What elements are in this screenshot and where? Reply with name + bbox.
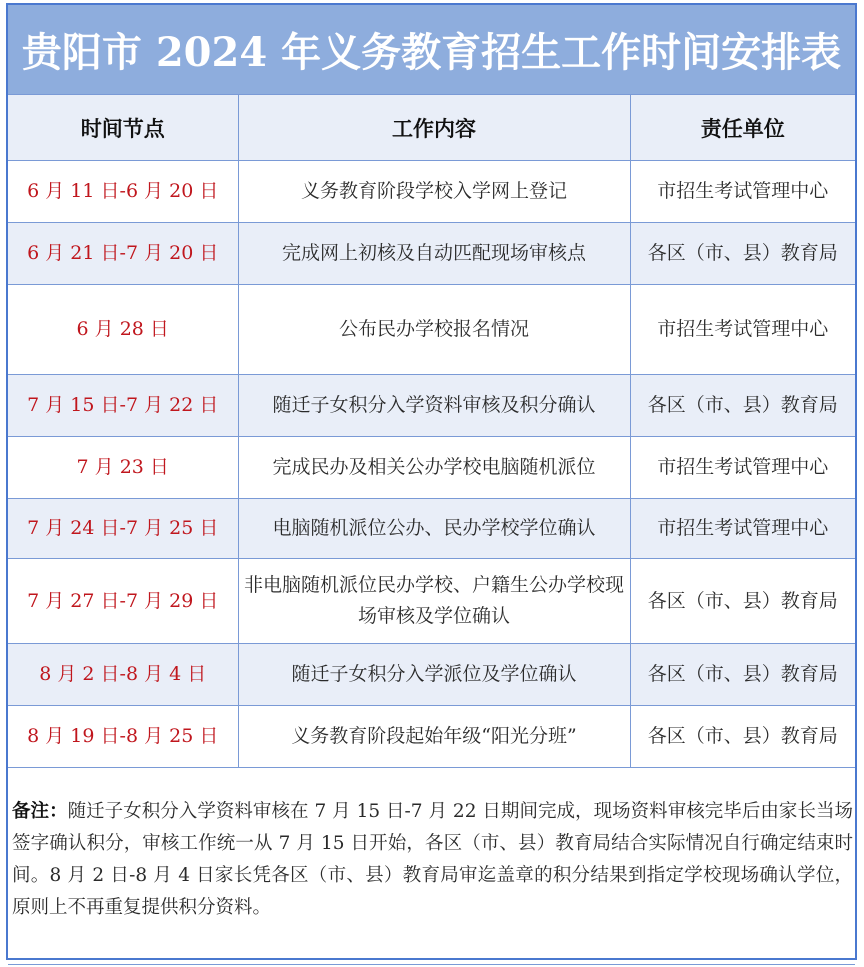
table-row: 8 月 2 日-8 月 4 日 随迁子女积分入学派位及学位确认 各区（市、县）教… bbox=[8, 644, 855, 706]
unit-cell: 各区（市、县）教育局 bbox=[630, 223, 855, 285]
content-cell: 完成民办及相关公办学校电脑随机派位 bbox=[238, 437, 630, 499]
table-row: 6 月 11 日-6 月 20 日 义务教育阶段学校入学网上登记 市招生考试管理… bbox=[8, 161, 855, 223]
unit-cell: 各区（市、县）教育局 bbox=[630, 706, 855, 768]
time-cell: 7 月 27 日-7 月 29 日 bbox=[8, 559, 238, 644]
title-banner: 贵阳市 2024 年义务教育招生工作时间安排表 bbox=[8, 5, 855, 95]
table-row: 7 月 15 日-7 月 22 日 随迁子女积分入学资料审核及积分确认 各区（市… bbox=[8, 375, 855, 437]
column-header-content: 工作内容 bbox=[238, 95, 630, 161]
time-cell: 7 月 23 日 bbox=[8, 437, 238, 499]
notes-label: 备注： bbox=[12, 801, 68, 822]
table-header-row: 时间节点 工作内容 责任单位 bbox=[8, 95, 855, 161]
unit-cell: 市招生考试管理中心 bbox=[630, 161, 855, 223]
table-row: 6 月 28 日 公布民办学校报名情况 市招生考试管理中心 bbox=[8, 285, 855, 375]
time-cell: 8 月 2 日-8 月 4 日 bbox=[8, 644, 238, 706]
content-cell: 完成网上初核及自动匹配现场审核点 bbox=[238, 223, 630, 285]
table-row: 8 月 19 日-8 月 25 日 义务教育阶段起始年级“阳光分班” 各区（市、… bbox=[8, 706, 855, 768]
schedule-table: 时间节点 工作内容 责任单位 6 月 11 日-6 月 20 日 义务教育阶段学… bbox=[8, 95, 855, 965]
content-cell: 非电脑随机派位民办学校、户籍生公办学校现场审核及学位确认 bbox=[238, 559, 630, 644]
table-row: 7 月 27 日-7 月 29 日 非电脑随机派位民办学校、户籍生公办学校现场审… bbox=[8, 559, 855, 644]
notes-row: 备注：随迁子女积分入学资料审核在 7 月 15 日-7 月 22 日期间完成，现… bbox=[8, 768, 855, 965]
notes-block: 备注：随迁子女积分入学资料审核在 7 月 15 日-7 月 22 日期间完成，现… bbox=[10, 768, 853, 924]
unit-cell: 各区（市、县）教育局 bbox=[630, 559, 855, 644]
content-cell: 随迁子女积分入学派位及学位确认 bbox=[238, 644, 630, 706]
time-cell: 6 月 28 日 bbox=[8, 285, 238, 375]
unit-cell: 市招生考试管理中心 bbox=[630, 437, 855, 499]
table-row: 7 月 23 日 完成民办及相关公办学校电脑随机派位 市招生考试管理中心 bbox=[8, 437, 855, 499]
time-cell: 8 月 19 日-8 月 25 日 bbox=[8, 706, 238, 768]
notes-text: 随迁子女积分入学资料审核在 7 月 15 日-7 月 22 日期间完成，现场资料… bbox=[12, 801, 853, 918]
schedule-document: 贵阳市 2024 年义务教育招生工作时间安排表 时间节点 工作内容 责任单位 6… bbox=[6, 3, 857, 960]
column-header-time: 时间节点 bbox=[8, 95, 238, 161]
content-cell: 义务教育阶段起始年级“阳光分班” bbox=[238, 706, 630, 768]
table-row: 6 月 21 日-7 月 20 日 完成网上初核及自动匹配现场审核点 各区（市、… bbox=[8, 223, 855, 285]
unit-cell: 各区（市、县）教育局 bbox=[630, 375, 855, 437]
content-cell: 电脑随机派位公办、民办学校学位确认 bbox=[238, 499, 630, 559]
content-cell: 义务教育阶段学校入学网上登记 bbox=[238, 161, 630, 223]
unit-cell: 市招生考试管理中心 bbox=[630, 499, 855, 559]
time-cell: 6 月 11 日-6 月 20 日 bbox=[8, 161, 238, 223]
time-cell: 7 月 24 日-7 月 25 日 bbox=[8, 499, 238, 559]
column-header-unit: 责任单位 bbox=[630, 95, 855, 161]
table-row: 7 月 24 日-7 月 25 日 电脑随机派位公办、民办学校学位确认 市招生考… bbox=[8, 499, 855, 559]
unit-cell: 市招生考试管理中心 bbox=[630, 285, 855, 375]
time-cell: 6 月 21 日-7 月 20 日 bbox=[8, 223, 238, 285]
document-title: 贵阳市 2024 年义务教育招生工作时间安排表 bbox=[22, 21, 841, 78]
time-cell: 7 月 15 日-7 月 22 日 bbox=[8, 375, 238, 437]
content-cell: 随迁子女积分入学资料审核及积分确认 bbox=[238, 375, 630, 437]
content-cell: 公布民办学校报名情况 bbox=[238, 285, 630, 375]
unit-cell: 各区（市、县）教育局 bbox=[630, 644, 855, 706]
